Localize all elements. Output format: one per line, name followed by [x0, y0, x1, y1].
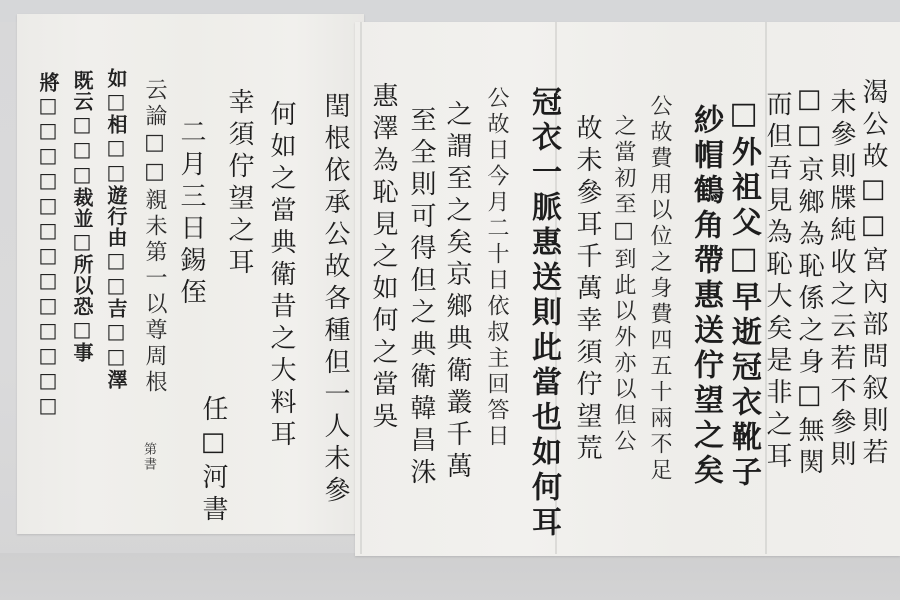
text-column: 何如之當典衛昔之大料耳 — [268, 100, 294, 452]
signature: 任□河書 — [200, 395, 226, 527]
postscript-column: 既云□□□裁並□所以恐□事 — [72, 70, 92, 363]
text-column: 而但吾見為恥大矣是非之耳 — [764, 90, 790, 474]
text-column: 之當初至□到此以外亦以但公 — [612, 114, 634, 455]
text-column: 故未參耳千萬幸須佇望荒 — [574, 114, 600, 466]
text-column: 冠衣一脈惠送則此當也如何耳 — [528, 86, 558, 541]
document-photo: 渴公故□□宮內部問叙則若 未參則牒純收之云若不參則 □□京鄉為恥係之身□無関 而… — [0, 0, 900, 600]
text-column: 惠澤為恥見之如何之當吳 — [370, 82, 396, 434]
postscript-note: 第書 — [142, 442, 155, 472]
text-column: 公故費用以位之身費四五十兩不足 — [648, 94, 670, 484]
postscript-column: 云論□□親未第一以尊周根 — [143, 78, 165, 396]
text-column: 之謂至之矣京鄉典衛叢千萬 — [444, 100, 470, 484]
letter-body: 渴公故□□宮內部問叙則若 未參則牒純收之云若不參則 □□京鄉為恥係之身□無関 而… — [0, 0, 900, 600]
text-column: 至全則可得但之典衛韓昌洙 — [408, 106, 434, 490]
text-column: 公故日今月二十日依叔主回答日 — [485, 86, 507, 450]
postscript-column: 將□□□□□□□□□□□□□ — [38, 72, 58, 418]
text-column: 閏根依承公故各種但一人未參 — [322, 92, 348, 508]
text-column: 未參則牒純收之云若不參則 — [828, 88, 854, 472]
date-column: 二月三日錫侄 — [178, 118, 204, 310]
text-column: 渴公故□□宮內部問叙則若 — [860, 78, 886, 470]
text-column: □外祖父□早逝冠衣靴子 — [728, 96, 758, 491]
text-column: 紗帽鶴角帶惠送佇望之矣 — [690, 104, 720, 489]
text-column: 幸須佇望之耳 — [226, 88, 252, 280]
text-column: □□京鄉為恥係之身□無関 — [796, 84, 822, 480]
postscript-column: 如□相□□遊行由□□吉□□澤 — [106, 68, 126, 390]
